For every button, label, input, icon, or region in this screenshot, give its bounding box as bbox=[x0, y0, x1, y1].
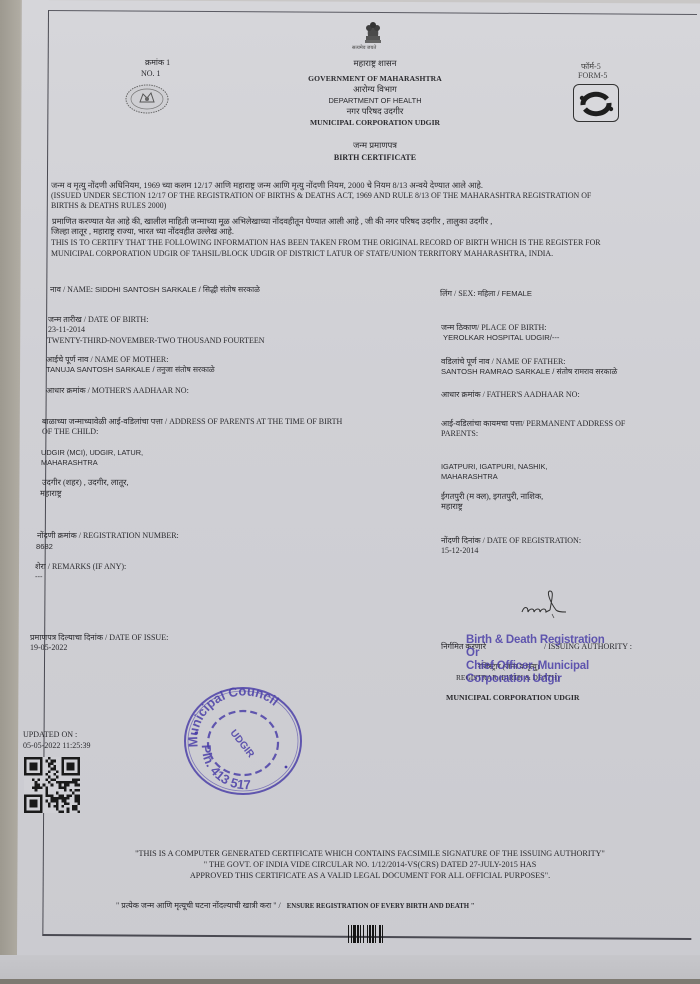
birth-address-mr-1: उदगीर (शहर) , उदगीर, लातूर, bbox=[42, 477, 129, 488]
maharashtra-seal-icon bbox=[125, 84, 169, 114]
footer-notice-2: " THE GOVT. OF INDIA VIDE CIRCULAR NO. 1… bbox=[40, 859, 700, 870]
serial-label-en: NO. 1 bbox=[141, 68, 161, 79]
bottom-edge bbox=[0, 979, 700, 984]
qr-code[interactable] bbox=[24, 757, 80, 813]
dob-value: 23-11-2014 bbox=[48, 324, 85, 335]
municipal-council-round-stamp: Municipal Council Pin. 413 517 UDGIR bbox=[182, 685, 304, 797]
sex-value: महिला / FEMALE bbox=[478, 289, 532, 298]
permanent-address-mr-2: महाराष्ट्र bbox=[441, 501, 463, 512]
barcode bbox=[347, 925, 397, 943]
mother-aadhaar-label: आधार क्रमांक / MOTHER'S AADHAAR NO: bbox=[46, 385, 189, 396]
certify-statement-mr-2: जिल्हा लातूर , महाराष्ट्र राज्या, भारत च… bbox=[51, 226, 234, 237]
corp-title-mr: नगर परिषद उदगीर bbox=[300, 106, 450, 117]
registration-stamp-line-4: Corporation Udgir bbox=[466, 673, 562, 685]
certificate-title-mr: जन्म प्रमाणपत्र bbox=[300, 140, 450, 151]
svg-text:UDGIR: UDGIR bbox=[228, 728, 257, 761]
dob-words: TWENTY-THIRD-NOVEMBER-TWO THOUSAND FOURT… bbox=[47, 335, 265, 346]
act-statement-en-2: BIRTHS & DEATHS RULES 2000) bbox=[51, 200, 166, 211]
place-of-birth-value: YEROLKAR HOSPITAL UDGIR/--- bbox=[443, 332, 559, 343]
emblem-caption: सत्यमेव जयते bbox=[352, 46, 376, 52]
name-label: नाव / NAME: bbox=[50, 285, 93, 294]
sex-label: लिंग / SEX: bbox=[440, 289, 476, 298]
footer-slogan: " प्रत्येक जन्म आणि मृत्यूची घटना नोंदल्… bbox=[116, 900, 475, 912]
footer-notice-1: "THIS IS A COMPUTER GENERATED CERTIFICAT… bbox=[40, 848, 700, 859]
footer-slogan-mr: " प्रत्येक जन्म आणि मृत्यूची घटना नोंदल्… bbox=[116, 901, 281, 910]
mother-name-value: TANUJA SANTOSH SARKALE / तनुजा संतोष सरक… bbox=[46, 364, 215, 375]
corp-title-en: MUNICIPAL CORPORATION UDGIR bbox=[285, 117, 465, 128]
registration-number-label: नोंदणी क्रमांक / REGISTRATION NUMBER: bbox=[37, 530, 179, 541]
permanent-address-en-2: MAHARASHTRA bbox=[441, 471, 498, 482]
birth-address-mr-2: महाराष्ट्र bbox=[40, 488, 62, 499]
certificate-title-en: BIRTH CERTIFICATE bbox=[290, 152, 460, 163]
dept-title-en: DEPARTMENT OF HEALTH bbox=[290, 95, 460, 106]
certify-statement-en-1: THIS IS TO CERTIFY THAT THE FOLLOWING IN… bbox=[51, 237, 601, 248]
updated-on-value: 05-05-2022 11:25:39 bbox=[23, 740, 90, 751]
dept-title-mr: आरोग्य विभाग bbox=[300, 84, 450, 95]
crs-logo-icon bbox=[574, 85, 618, 121]
name-value: SIDDHI SANTOSH SARKALE / सिद्धी संतोष सर… bbox=[95, 285, 260, 294]
updated-on-label: UPDATED ON : bbox=[23, 729, 77, 740]
name-field: नाव / NAME: SIDDHI SANTOSH SARKALE / सिद… bbox=[50, 284, 260, 295]
birth-address-en-2: MAHARASHTRA bbox=[41, 457, 98, 468]
crs-logo bbox=[573, 84, 619, 122]
registration-stamp-line-3: Chief Officer, Municipal bbox=[466, 660, 589, 672]
registration-stamp-line-2: Or bbox=[466, 647, 479, 659]
footer-slogan-en: ENSURE REGISTRATION OF EVERY BIRTH AND D… bbox=[287, 903, 475, 910]
issue-date-value: 19-05-2022 bbox=[30, 642, 67, 653]
permanent-address-label-2: PARENTS: bbox=[441, 428, 478, 439]
form-label-en: FORM-5 bbox=[578, 70, 607, 81]
father-aadhaar-label: आधार क्रमांक / FATHER'S AADHAAR NO: bbox=[441, 389, 580, 400]
serial-label-mr: क्रमांक 1 bbox=[145, 57, 170, 68]
footer-notice-3: APPROVED THIS CERTIFICATE AS A VALID LEG… bbox=[40, 870, 700, 881]
birth-address-label-2: OF THE CHILD: bbox=[42, 426, 98, 437]
certify-statement-en-2: MUNICIPAL CORPORATION UDGIR OF TAHSIL/BL… bbox=[51, 248, 553, 259]
signature-mark bbox=[520, 588, 570, 622]
remarks-label: शेरा / REMARKS (IF ANY): bbox=[35, 561, 126, 572]
remarks-value: --- bbox=[35, 571, 43, 582]
gov-title-mr: महाराष्ट्र शासन bbox=[300, 58, 450, 69]
authority-corp-en: MUNICIPAL CORPORATION UDGIR bbox=[446, 692, 580, 703]
father-name-value: SANTOSH RAMRAO SARKALE / संतोष रामराव सर… bbox=[441, 366, 617, 377]
registration-number-value: 8682 bbox=[36, 541, 53, 552]
registration-date-value: 15-12-2014 bbox=[441, 545, 478, 556]
gov-title-en: GOVERNMENT OF MAHARASHTRA bbox=[290, 73, 460, 84]
sex-field: लिंग / SEX: महिला / FEMALE bbox=[440, 288, 532, 299]
registration-stamp-line-1: Birth & Death Registration bbox=[466, 634, 605, 646]
